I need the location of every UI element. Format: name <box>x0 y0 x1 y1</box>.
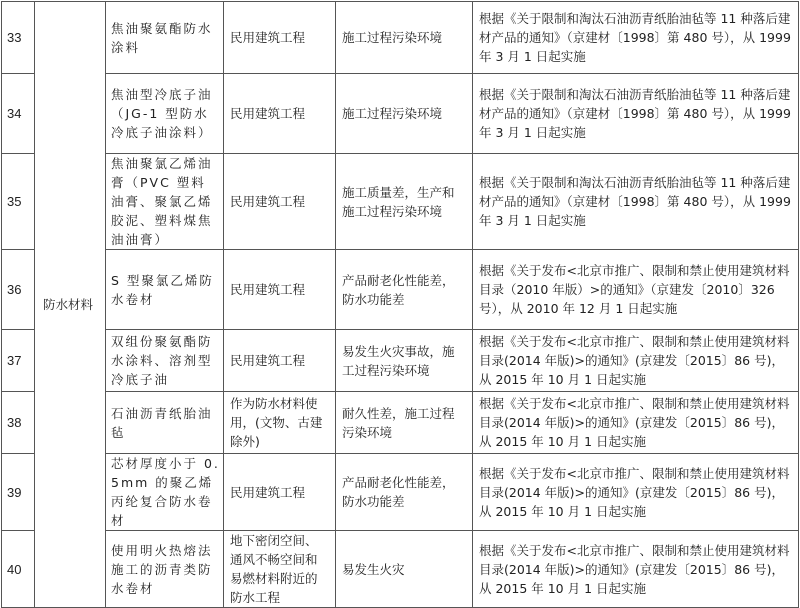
product-name: 石油沥青纸胎油毡 <box>106 392 224 454</box>
basis: 根据《关于发布<北京市推广、限制和禁止使用建筑材料目录(2014 年版)>的通知… <box>473 392 799 454</box>
reason: 耐久性差，施工过程污染环境 <box>336 392 473 454</box>
scope: 民用建筑工程 <box>224 454 336 531</box>
scope: 地下密闭空间、通风不畅空间和易燃材料附近的防水工程 <box>224 531 336 588</box>
row-number: 35 <box>2 154 35 250</box>
table-row: 35 焦油聚氯乙烯油膏（PVC 塑料油膏、聚氯乙烯胶泥、塑料煤焦油油膏） 民用建… <box>2 154 799 250</box>
basis: 根据《关于限制和淘汰石油沥青纸胎油毡等 11 种落后建材产品的通知》（京建材〔1… <box>473 154 799 250</box>
category-cell: 防水材料 <box>35 2 106 588</box>
table-row: 33 防水材料 焦油聚氨酯防水涂料 民用建筑工程 施工过程污染环境 根据《关于限… <box>2 2 799 74</box>
product-name: 芯材厚度小于 0.5mm 的聚乙烯丙纶复合防水卷材 <box>106 454 224 531</box>
table-row: 40 使用明火热熔法施工的沥青类防水卷材 地下密闭空间、通风不畅空间和易燃材料附… <box>2 531 799 588</box>
row-number: 40 <box>2 531 35 588</box>
basis: 根据《关于发布<北京市推广、限制和禁止使用建筑材料目录(2014 年版)>的通知… <box>473 531 799 588</box>
row-number: 37 <box>2 330 35 392</box>
product-name: S 型聚氯乙烯防水卷材 <box>106 250 224 330</box>
table-row: 39 芯材厚度小于 0.5mm 的聚乙烯丙纶复合防水卷材 民用建筑工程 产品耐老… <box>2 454 799 531</box>
product-name: 焦油聚氯乙烯油膏（PVC 塑料油膏、聚氯乙烯胶泥、塑料煤焦油油膏） <box>106 154 224 250</box>
basis: 根据《关于发布<北京市推广、限制和禁止使用建筑材料目录(2014 年版)>的通知… <box>473 330 799 392</box>
scope: 作为防水材料使用，(文物、古建除外) <box>224 392 336 454</box>
reason: 易发生火灾 <box>336 531 473 588</box>
reason: 施工质量差，生产和施工过程污染环境 <box>336 154 473 250</box>
reason: 易发生火灾事故，施工过程污染环境 <box>336 330 473 392</box>
basis: 根据《关于限制和淘汰石油沥青纸胎油毡等 11 种落后建材产品的通知》（京建材〔1… <box>473 74 799 154</box>
table-row: 36 S 型聚氯乙烯防水卷材 民用建筑工程 产品耐老化性能差，防水功能差 根据《… <box>2 250 799 330</box>
basis: 根据《关于限制和淘汰石油沥青纸胎油毡等 11 种落后建材产品的通知》（京建材〔1… <box>473 2 799 74</box>
product-name: 焦油型冷底子油（JG-1 型防水冷底子油涂料） <box>106 74 224 154</box>
reason: 施工过程污染环境 <box>336 2 473 74</box>
product-name: 使用明火热熔法施工的沥青类防水卷材 <box>106 531 224 588</box>
table-row: 37 双组份聚氨酯防水涂料、溶剂型冷底子油 民用建筑工程 易发生火灾事故，施工过… <box>2 330 799 392</box>
row-number: 39 <box>2 454 35 531</box>
basis: 根据《关于发布<北京市推广、限制和禁止使用建筑材料目录(2014 年版)>的通知… <box>473 454 799 531</box>
basis: 根据《关于发布<北京市推广、限制和禁止使用建筑材料目录（2010 年版）>的通知… <box>473 250 799 330</box>
reason: 产品耐老化性能差，防水功能差 <box>336 250 473 330</box>
reason: 施工过程污染环境 <box>336 74 473 154</box>
scope: 民用建筑工程 <box>224 2 336 74</box>
row-number: 38 <box>2 392 35 454</box>
scope: 民用建筑工程 <box>224 330 336 392</box>
reason: 产品耐老化性能差，防水功能差 <box>336 454 473 531</box>
restricted-materials-table: 33 防水材料 焦油聚氨酯防水涂料 民用建筑工程 施工过程污染环境 根据《关于限… <box>1 1 799 587</box>
row-number: 36 <box>2 250 35 330</box>
row-number: 33 <box>2 2 35 74</box>
scope: 民用建筑工程 <box>224 154 336 250</box>
scope: 民用建筑工程 <box>224 250 336 330</box>
row-number: 34 <box>2 74 35 154</box>
table-row: 34 焦油型冷底子油（JG-1 型防水冷底子油涂料） 民用建筑工程 施工过程污染… <box>2 74 799 154</box>
product-name: 焦油聚氨酯防水涂料 <box>106 2 224 74</box>
table-row: 38 石油沥青纸胎油毡 作为防水材料使用，(文物、古建除外) 耐久性差，施工过程… <box>2 392 799 454</box>
scope: 民用建筑工程 <box>224 74 336 154</box>
product-name: 双组份聚氨酯防水涂料、溶剂型冷底子油 <box>106 330 224 392</box>
